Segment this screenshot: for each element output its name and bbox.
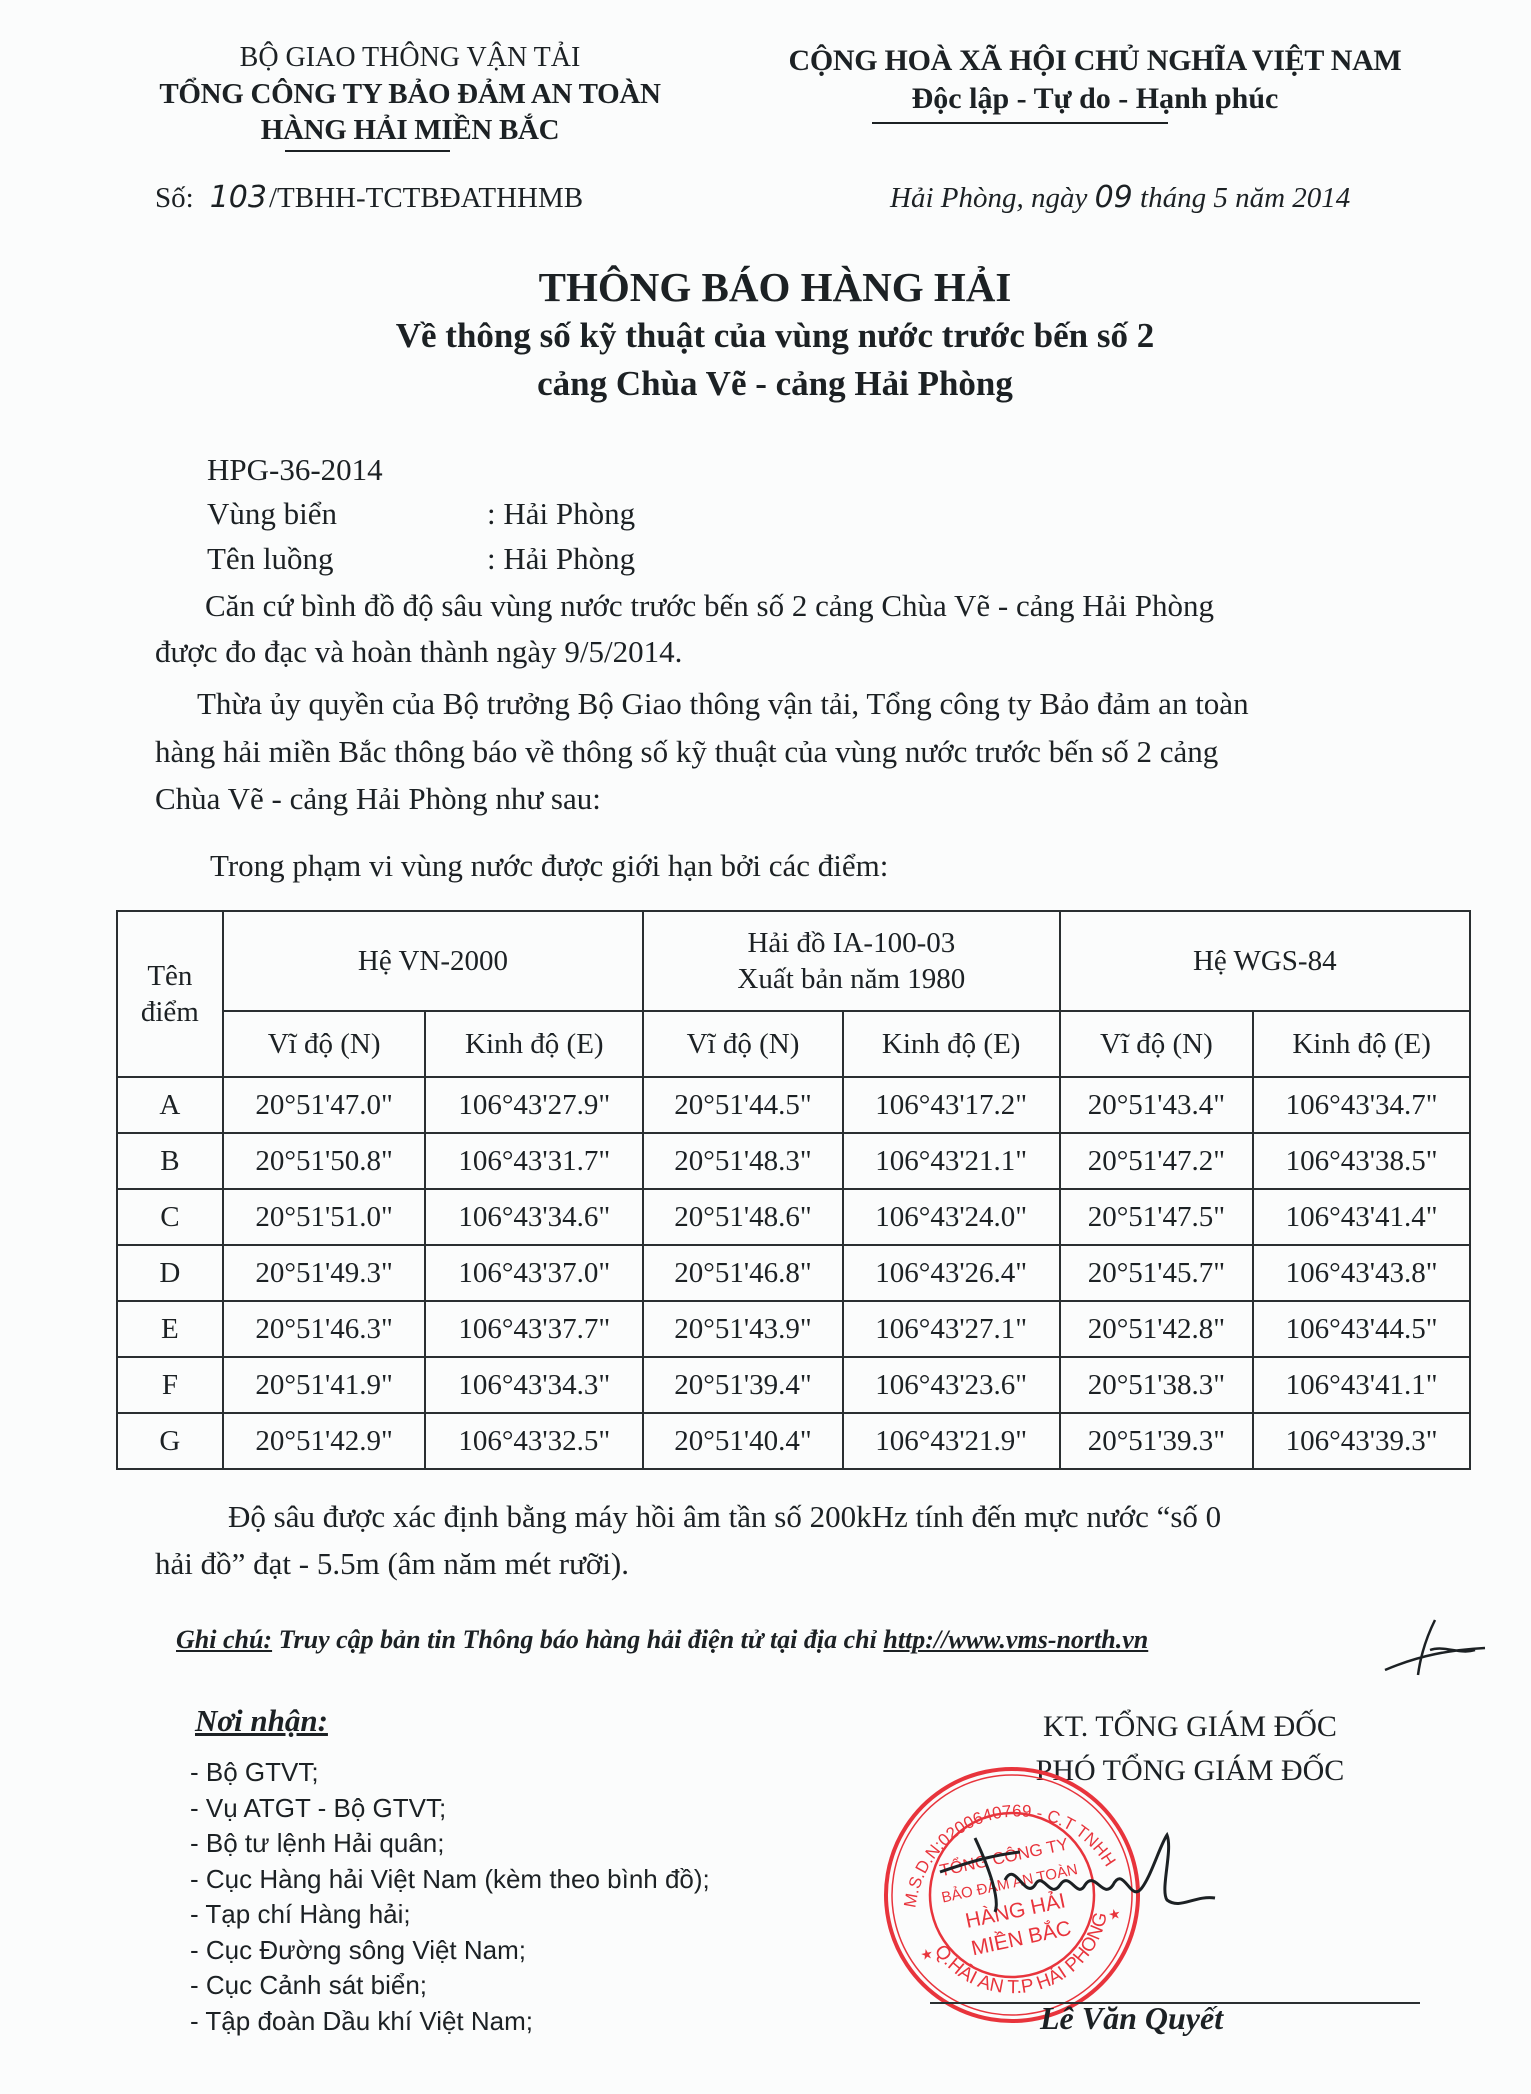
longitude-cell: 106°43'32.5" (425, 1413, 643, 1469)
channel-label: Tên luồng (207, 535, 334, 583)
number-value: 103 (210, 180, 267, 215)
document-title: THÔNG BÁO HÀNG HẢI Về thông số kỹ thuật … (200, 262, 1350, 408)
coordinates-table: Tên điểm Hệ VN-2000 Hải đồ IA-100-03 Xuấ… (116, 910, 1471, 1470)
nation-block: CỘNG HOÀ XÃ HỘI CHỦ NGHĨA VIỆT NAM Độc l… (745, 42, 1445, 118)
longitude-cell: 106°43'41.1" (1253, 1357, 1470, 1413)
longitude-cell: 106°43'37.0" (425, 1245, 643, 1301)
point-name-cell: F (117, 1357, 223, 1413)
sea-area-label: Vùng biển (207, 490, 337, 538)
latitude-cell: 20°51'46.8" (643, 1245, 843, 1301)
ministry-name: BỘ GIAO THÔNG VẬN TẢI (150, 40, 670, 76)
para1-line2: được đo đạc và hoàn thành ngày 9/5/2014. (155, 628, 682, 676)
issuer-underline (285, 150, 450, 152)
sea-area-value: : Hải Phòng (487, 490, 635, 538)
number-suffix: /TBHH-TCTBĐATHHMB (269, 182, 583, 214)
title-sub-line1: Về thông số kỹ thuật của vùng nước trước… (200, 312, 1350, 360)
longitude-cell: 106°43'27.1" (843, 1301, 1060, 1357)
recipient-item: - Bộ tư lệnh Hải quân; (190, 1826, 710, 1862)
point-name-cell: A (117, 1077, 223, 1133)
table-row: G20°51'42.9"106°43'32.5"20°51'40.4"106°4… (117, 1413, 1470, 1469)
svg-text:★: ★ (919, 1947, 934, 1964)
table-row: F20°51'41.9"106°43'34.3"20°51'39.4"106°4… (117, 1357, 1470, 1413)
longitude-cell: 106°43'43.8" (1253, 1245, 1470, 1301)
date-month-label: tháng (1140, 182, 1206, 214)
note-text: Truy cập bản tin Thông báo hàng hải điện… (272, 1625, 883, 1654)
number-label: Số: (155, 182, 194, 214)
point-name-header: Tên điểm (117, 911, 223, 1077)
longitude-cell: 106°43'21.9" (843, 1413, 1060, 1469)
table-row: E20°51'46.3"106°43'37.7"20°51'43.9"106°4… (117, 1301, 1470, 1357)
group-header-vn2000: Hệ VN-2000 (223, 911, 643, 1011)
longitude-cell: 106°43'23.6" (843, 1357, 1060, 1413)
latitude-cell: 20°51'47.0" (223, 1077, 426, 1133)
latitude-cell: 20°51'46.3" (223, 1301, 426, 1357)
org-name-line2: HÀNG HẢI MIỀN BẮC (150, 112, 670, 148)
point-name-cell: D (117, 1245, 223, 1301)
title-main: THÔNG BÁO HÀNG HẢI (200, 262, 1350, 312)
longitude-cell: 106°43'17.2" (843, 1077, 1060, 1133)
table-row: A20°51'47.0"106°43'27.9"20°51'44.5"106°4… (117, 1077, 1470, 1133)
longitude-cell: 106°43'41.4" (1253, 1189, 1470, 1245)
longitude-cell: 106°43'38.5" (1253, 1133, 1470, 1189)
longitude-cell: 106°43'31.7" (425, 1133, 643, 1189)
recipients-title: Nơi nhận: (195, 1703, 328, 1739)
document-date: Hải Phòng, ngày 09 tháng 5 năm 2014 (890, 180, 1350, 215)
longitude-cell: 106°43'34.6" (425, 1189, 643, 1245)
latitude-cell: 20°51'44.5" (643, 1077, 843, 1133)
note-label: Ghi chú: (176, 1625, 272, 1654)
para4-line1: Độ sâu được xác định bằng máy hồi âm tần… (228, 1493, 1221, 1541)
sub-header-lon: Kinh độ (E) (425, 1011, 643, 1077)
table-group-header-row: Tên điểm Hệ VN-2000 Hải đồ IA-100-03 Xuấ… (117, 911, 1470, 1011)
latitude-cell: 20°51'40.4" (643, 1413, 843, 1469)
table-row: C20°51'51.0"106°43'34.6"20°51'48.6"106°4… (117, 1189, 1470, 1245)
table-row: B20°51'50.8"106°43'31.7"20°51'48.3"106°4… (117, 1133, 1470, 1189)
latitude-cell: 20°51'45.7" (1060, 1245, 1254, 1301)
signature-title-line1: KT. TỔNG GIÁM ĐỐC (930, 1705, 1450, 1749)
latitude-cell: 20°51'47.5" (1060, 1189, 1254, 1245)
note-link[interactable]: http://www.vms-north.vn (883, 1625, 1148, 1654)
longitude-cell: 106°43'21.1" (843, 1133, 1060, 1189)
para3: Trong phạm vi vùng nước được giới hạn bở… (210, 842, 888, 890)
group-header-wgs84: Hệ WGS-84 (1060, 911, 1470, 1011)
para1-line1: Căn cứ bình đồ độ sâu vùng nước trước bế… (205, 582, 1214, 630)
point-name-cell: B (117, 1133, 223, 1189)
point-name-cell: E (117, 1301, 223, 1357)
para2-line1: Thừa ủy quyền của Bộ trưởng Bộ Giao thôn… (197, 680, 1249, 728)
latitude-cell: 20°51'48.6" (643, 1189, 843, 1245)
latitude-cell: 20°51'50.8" (223, 1133, 426, 1189)
date-year: 2014 (1292, 182, 1350, 214)
latitude-cell: 20°51'39.3" (1060, 1413, 1254, 1469)
date-prefix: Hải Phòng, ngày (890, 182, 1087, 214)
table-row: D20°51'49.3"106°43'37.0"20°51'46.8"106°4… (117, 1245, 1470, 1301)
latitude-cell: 20°51'43.9" (643, 1301, 843, 1357)
para4-line2: hải đồ” đạt - 5.5m (âm năm mét rưỡi). (155, 1540, 629, 1588)
longitude-cell: 106°43'27.9" (425, 1077, 643, 1133)
longitude-cell: 106°43'24.0" (843, 1189, 1060, 1245)
motto-underline (872, 122, 1168, 124)
recipient-item: - Tập đoàn Dầu khí Việt Nam; (190, 2004, 710, 2040)
org-name-line1: TỔNG CÔNG TY BẢO ĐẢM AN TOÀN (150, 76, 670, 112)
recipient-item: - Cục Cảnh sát biển; (190, 1968, 710, 2004)
date-year-label: năm (1235, 182, 1285, 214)
latitude-cell: 20°51'47.2" (1060, 1133, 1254, 1189)
recipient-item: - Bộ GTVT; (190, 1755, 710, 1791)
latitude-cell: 20°51'48.3" (643, 1133, 843, 1189)
handwritten-signature (935, 1830, 1335, 1920)
longitude-cell: 106°43'37.7" (425, 1301, 643, 1357)
document-number: Số:103/TBHH-TCTBĐATHHMB (155, 180, 583, 215)
recipient-item: - Tạp chí Hàng hải; (190, 1897, 710, 1933)
recipient-item: - Vụ ATGT - Bộ GTVT; (190, 1791, 710, 1827)
latitude-cell: 20°51'41.9" (223, 1357, 426, 1413)
issuer-block: BỘ GIAO THÔNG VẬN TẢI TỔNG CÔNG TY BẢO Đ… (150, 40, 670, 148)
recipient-item: - Cục Đường sông Việt Nam; (190, 1933, 710, 1969)
sub-header-lat: Vĩ độ (N) (1060, 1011, 1254, 1077)
group-header-chart: Hải đồ IA-100-03 Xuất bản năm 1980 (643, 911, 1059, 1011)
latitude-cell: 20°51'38.3" (1060, 1357, 1254, 1413)
signer-name: Lê Văn Quyết (1040, 2000, 1223, 2037)
initials-mark (1380, 1610, 1490, 1680)
nation-name: CỘNG HOÀ XÃ HỘI CHỦ NGHĨA VIỆT NAM (745, 42, 1445, 80)
para2-line3: Chùa Vẽ - cảng Hải Phòng như sau: (155, 775, 601, 823)
longitude-cell: 106°43'39.3" (1253, 1413, 1470, 1469)
latitude-cell: 20°51'49.3" (223, 1245, 426, 1301)
latitude-cell: 20°51'43.4" (1060, 1077, 1254, 1133)
title-sub-line2: cảng Chùa Vẽ - cảng Hải Phòng (200, 360, 1350, 408)
recipient-item: - Cục Hàng hải Việt Nam (kèm theo bình đ… (190, 1862, 710, 1898)
notice-code: HPG-36-2014 (207, 446, 383, 494)
point-name-cell: G (117, 1413, 223, 1469)
point-name-cell: C (117, 1189, 223, 1245)
longitude-cell: 106°43'26.4" (843, 1245, 1060, 1301)
longitude-cell: 106°43'44.5" (1253, 1301, 1470, 1357)
sub-header-lat: Vĩ độ (N) (643, 1011, 843, 1077)
date-day: 09 (1095, 180, 1133, 215)
nation-motto: Độc lập - Tự do - Hạnh phúc (745, 80, 1445, 118)
sub-header-lon: Kinh độ (E) (1253, 1011, 1470, 1077)
recipients-list: - Bộ GTVT;- Vụ ATGT - Bộ GTVT;- Bộ tư lệ… (190, 1755, 710, 2039)
sub-header-lat: Vĩ độ (N) (223, 1011, 426, 1077)
table-body: A20°51'47.0"106°43'27.9"20°51'44.5"106°4… (117, 1077, 1470, 1469)
para2-line2: hàng hải miền Bắc thông báo về thông số … (155, 728, 1218, 776)
latitude-cell: 20°51'42.8" (1060, 1301, 1254, 1357)
longitude-cell: 106°43'34.3" (425, 1357, 643, 1413)
table-sub-header-row: Vĩ độ (N) Kinh độ (E) Vĩ độ (N) Kinh độ … (117, 1011, 1470, 1077)
sub-header-lon: Kinh độ (E) (843, 1011, 1060, 1077)
date-month: 5 (1213, 182, 1228, 214)
latitude-cell: 20°51'39.4" (643, 1357, 843, 1413)
longitude-cell: 106°43'34.7" (1253, 1077, 1470, 1133)
latitude-cell: 20°51'51.0" (223, 1189, 426, 1245)
note-line: Ghi chú: Truy cập bản tin Thông báo hàng… (176, 1625, 1148, 1655)
latitude-cell: 20°51'42.9" (223, 1413, 426, 1469)
channel-value: : Hải Phòng (487, 535, 635, 583)
